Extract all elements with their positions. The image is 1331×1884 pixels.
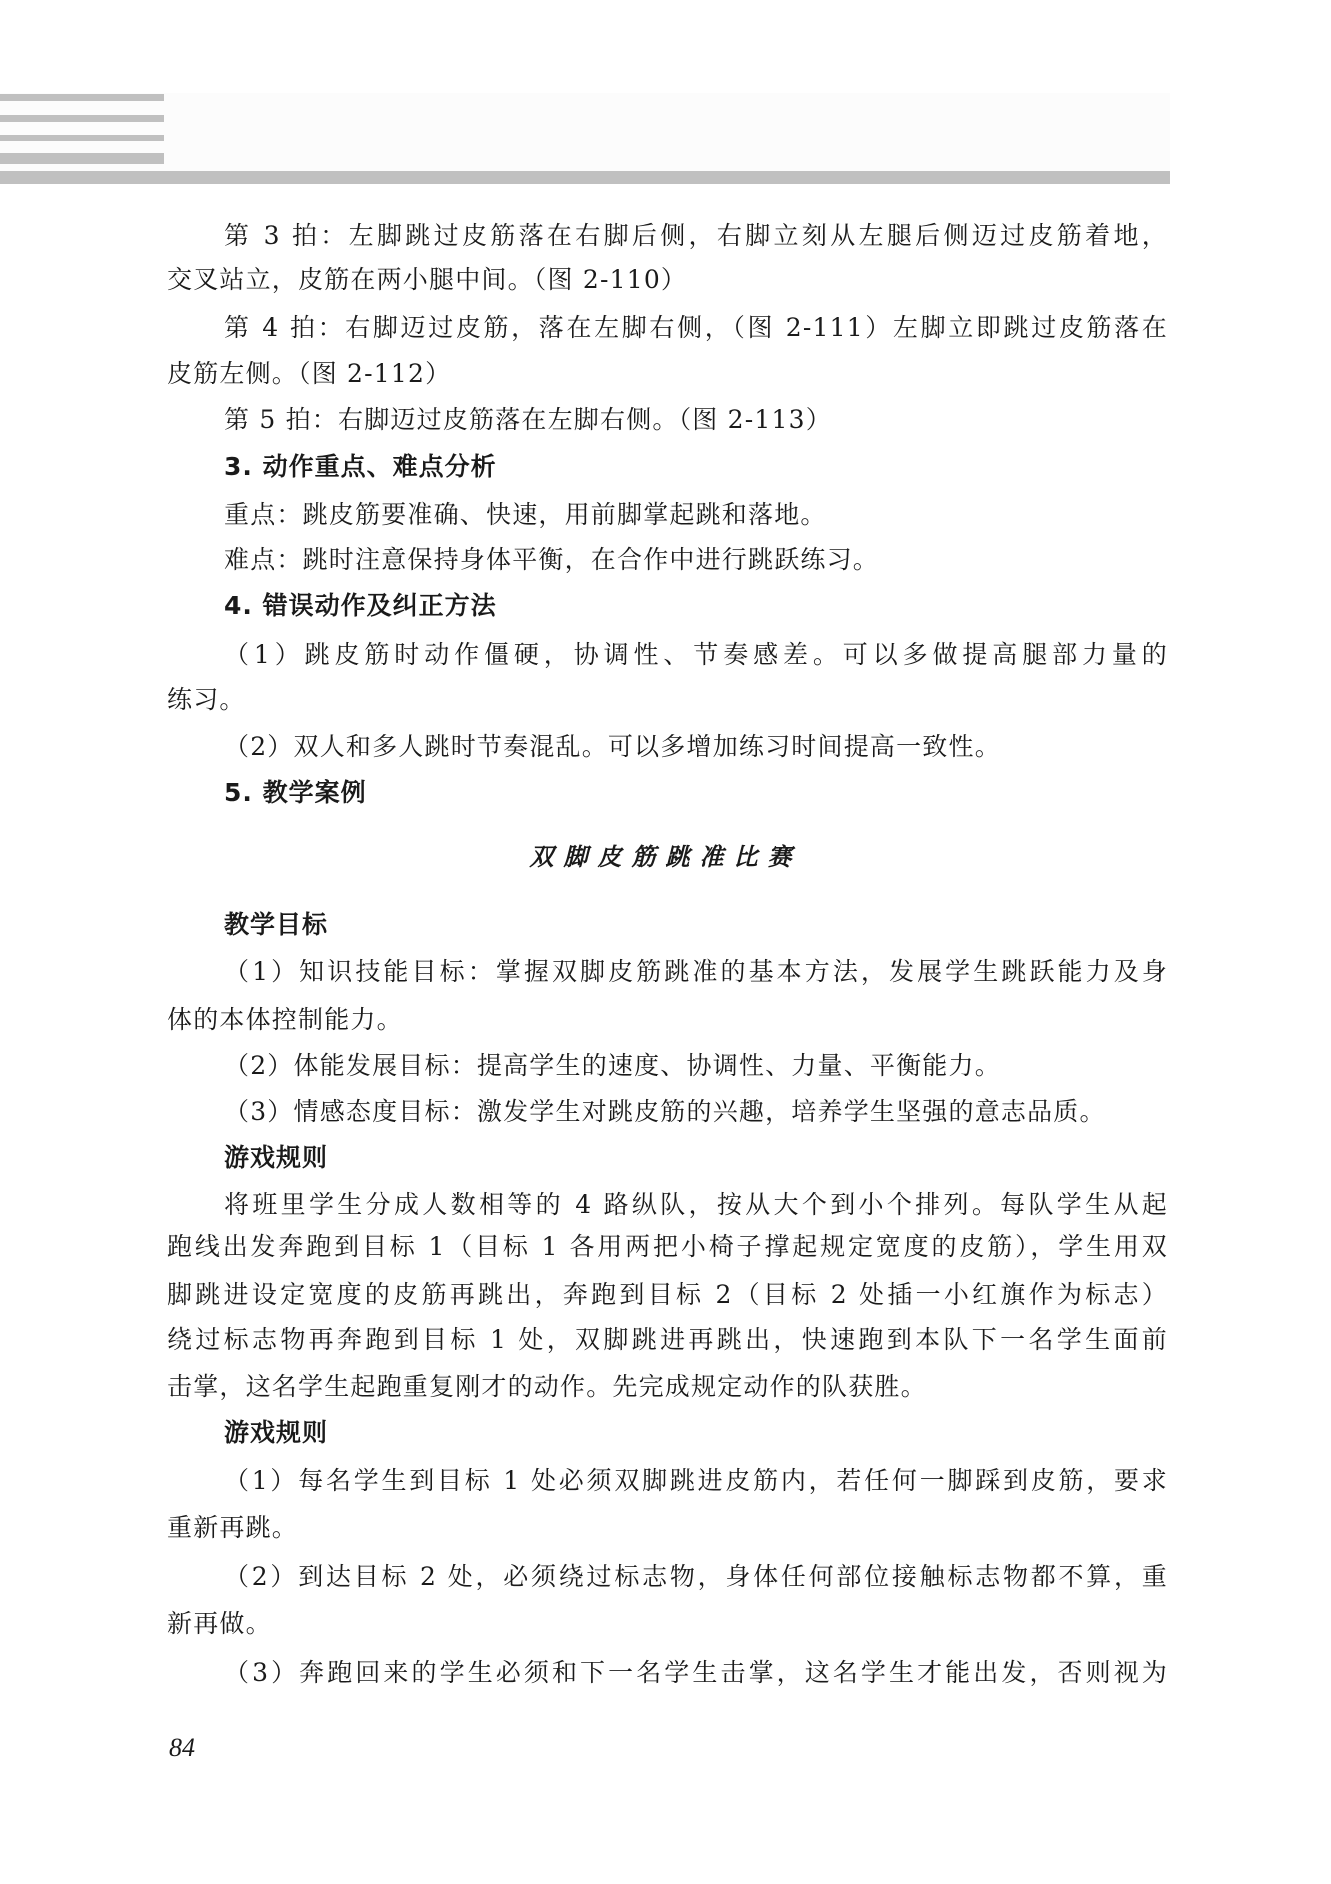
paragraph-error1-line2: 练习。 xyxy=(167,677,1168,723)
page-number: 84 xyxy=(169,1733,195,1763)
paragraph-rule2-line1: （2）到达目标 2 处，必须绕过标志物，身体任何部位接触标志物都不算，重 xyxy=(224,1554,1168,1600)
paragraph-beat5: 第 5 拍：右脚迈过皮筋落在左脚右侧。（图 2-113） xyxy=(224,397,1168,443)
paragraph-goal3: （3）情感态度目标：激发学生对跳皮筋的兴趣，培养学生坚强的意志品质。 xyxy=(224,1089,1168,1135)
paragraph-rules-line5: 击掌，这名学生起跑重复刚才的动作。先完成规定动作的队获胜。 xyxy=(167,1364,1168,1410)
paragraph-rules-line4: 绕过标志物再奔跑到目标 1 处，双脚跳进再跳出，快速跑到本队下一名学生面前 xyxy=(167,1317,1168,1363)
paragraph-key-point: 重点：跳皮筋要准确、快速，用前脚掌起跳和落地。 xyxy=(224,492,1168,538)
paragraph-beat3-line2: 交叉站立，皮筋在两小腿中间。（图 2-110） xyxy=(167,257,1168,303)
paragraph-goal1-line1: （1）知识技能目标：掌握双脚皮筋跳准的基本方法，发展学生跳跃能力及身 xyxy=(224,949,1168,995)
paragraph-rule1-line2: 重新再跳。 xyxy=(167,1505,1168,1551)
rules-heading-2: 游戏规则 xyxy=(224,1410,1168,1456)
paragraph-rules-line3: 脚跳进设定宽度的皮筋再跳出，奔跑到目标 2（目标 2 处插一小红旗作为标志） xyxy=(167,1272,1168,1318)
header-stripe-4 xyxy=(0,153,164,164)
paragraph-rule2-line2: 新再做。 xyxy=(167,1601,1168,1647)
rules-heading-1: 游戏规则 xyxy=(224,1135,1168,1181)
paragraph-rule1-line1: （1）每名学生到目标 1 处必须双脚跳进皮筋内，若任何一脚踩到皮筋，要求 xyxy=(224,1458,1168,1504)
case-title: 双脚皮筋跳准比赛 xyxy=(0,834,1331,880)
paragraph-error1-line1: （1）跳皮筋时动作僵硬，协调性、节奏感差。可以多做提高腿部力量的 xyxy=(224,632,1168,678)
section-heading-4: 4. 错误动作及纠正方法 xyxy=(224,583,1168,629)
header-stripe-3 xyxy=(0,135,164,141)
paragraph-beat3-line1: 第 3 拍：左脚跳过皮筋落在右脚后侧，右脚立刻从左腿后侧迈过皮筋着地， xyxy=(224,213,1168,259)
paragraph-goal1-line2: 体的本体控制能力。 xyxy=(167,997,1168,1043)
header-background xyxy=(0,93,1170,171)
paragraph-rule3-line1: （3）奔跑回来的学生必须和下一名学生击掌，这名学生才能出发，否则视为 xyxy=(224,1650,1168,1696)
paragraph-difficulty: 难点：跳时注意保持身体平衡，在合作中进行跳跃练习。 xyxy=(224,537,1168,583)
paragraph-beat4-line1: 第 4 拍：右脚迈过皮筋，落在左脚右侧，（图 2-111）左脚立即跳过皮筋落在 xyxy=(224,305,1168,351)
paragraph-beat4-line2: 皮筋左侧。（图 2-112） xyxy=(167,351,1168,397)
paragraph-rules-line1: 将班里学生分成人数相等的 4 路纵队，按从大个到小个排列。每队学生从起 xyxy=(224,1182,1168,1228)
paragraph-goal2: （2）体能发展目标：提高学生的速度、协调性、力量、平衡能力。 xyxy=(224,1043,1168,1089)
header-rule xyxy=(0,171,1170,184)
header-stripe-2 xyxy=(0,115,164,122)
section-heading-5: 5. 教学案例 xyxy=(224,770,1168,816)
paragraph-rules-line2: 跑线出发奔跑到目标 1（目标 1 各用两把小椅子撑起规定宽度的皮筋），学生用双 xyxy=(167,1224,1168,1270)
header-stripe-1 xyxy=(0,94,164,101)
paragraph-error2: （2）双人和多人跳时节奏混乱。可以多增加练习时间提高一致性。 xyxy=(224,724,1168,770)
goals-heading: 教学目标 xyxy=(224,902,1168,948)
section-heading-3: 3. 动作重点、难点分析 xyxy=(224,444,1168,490)
